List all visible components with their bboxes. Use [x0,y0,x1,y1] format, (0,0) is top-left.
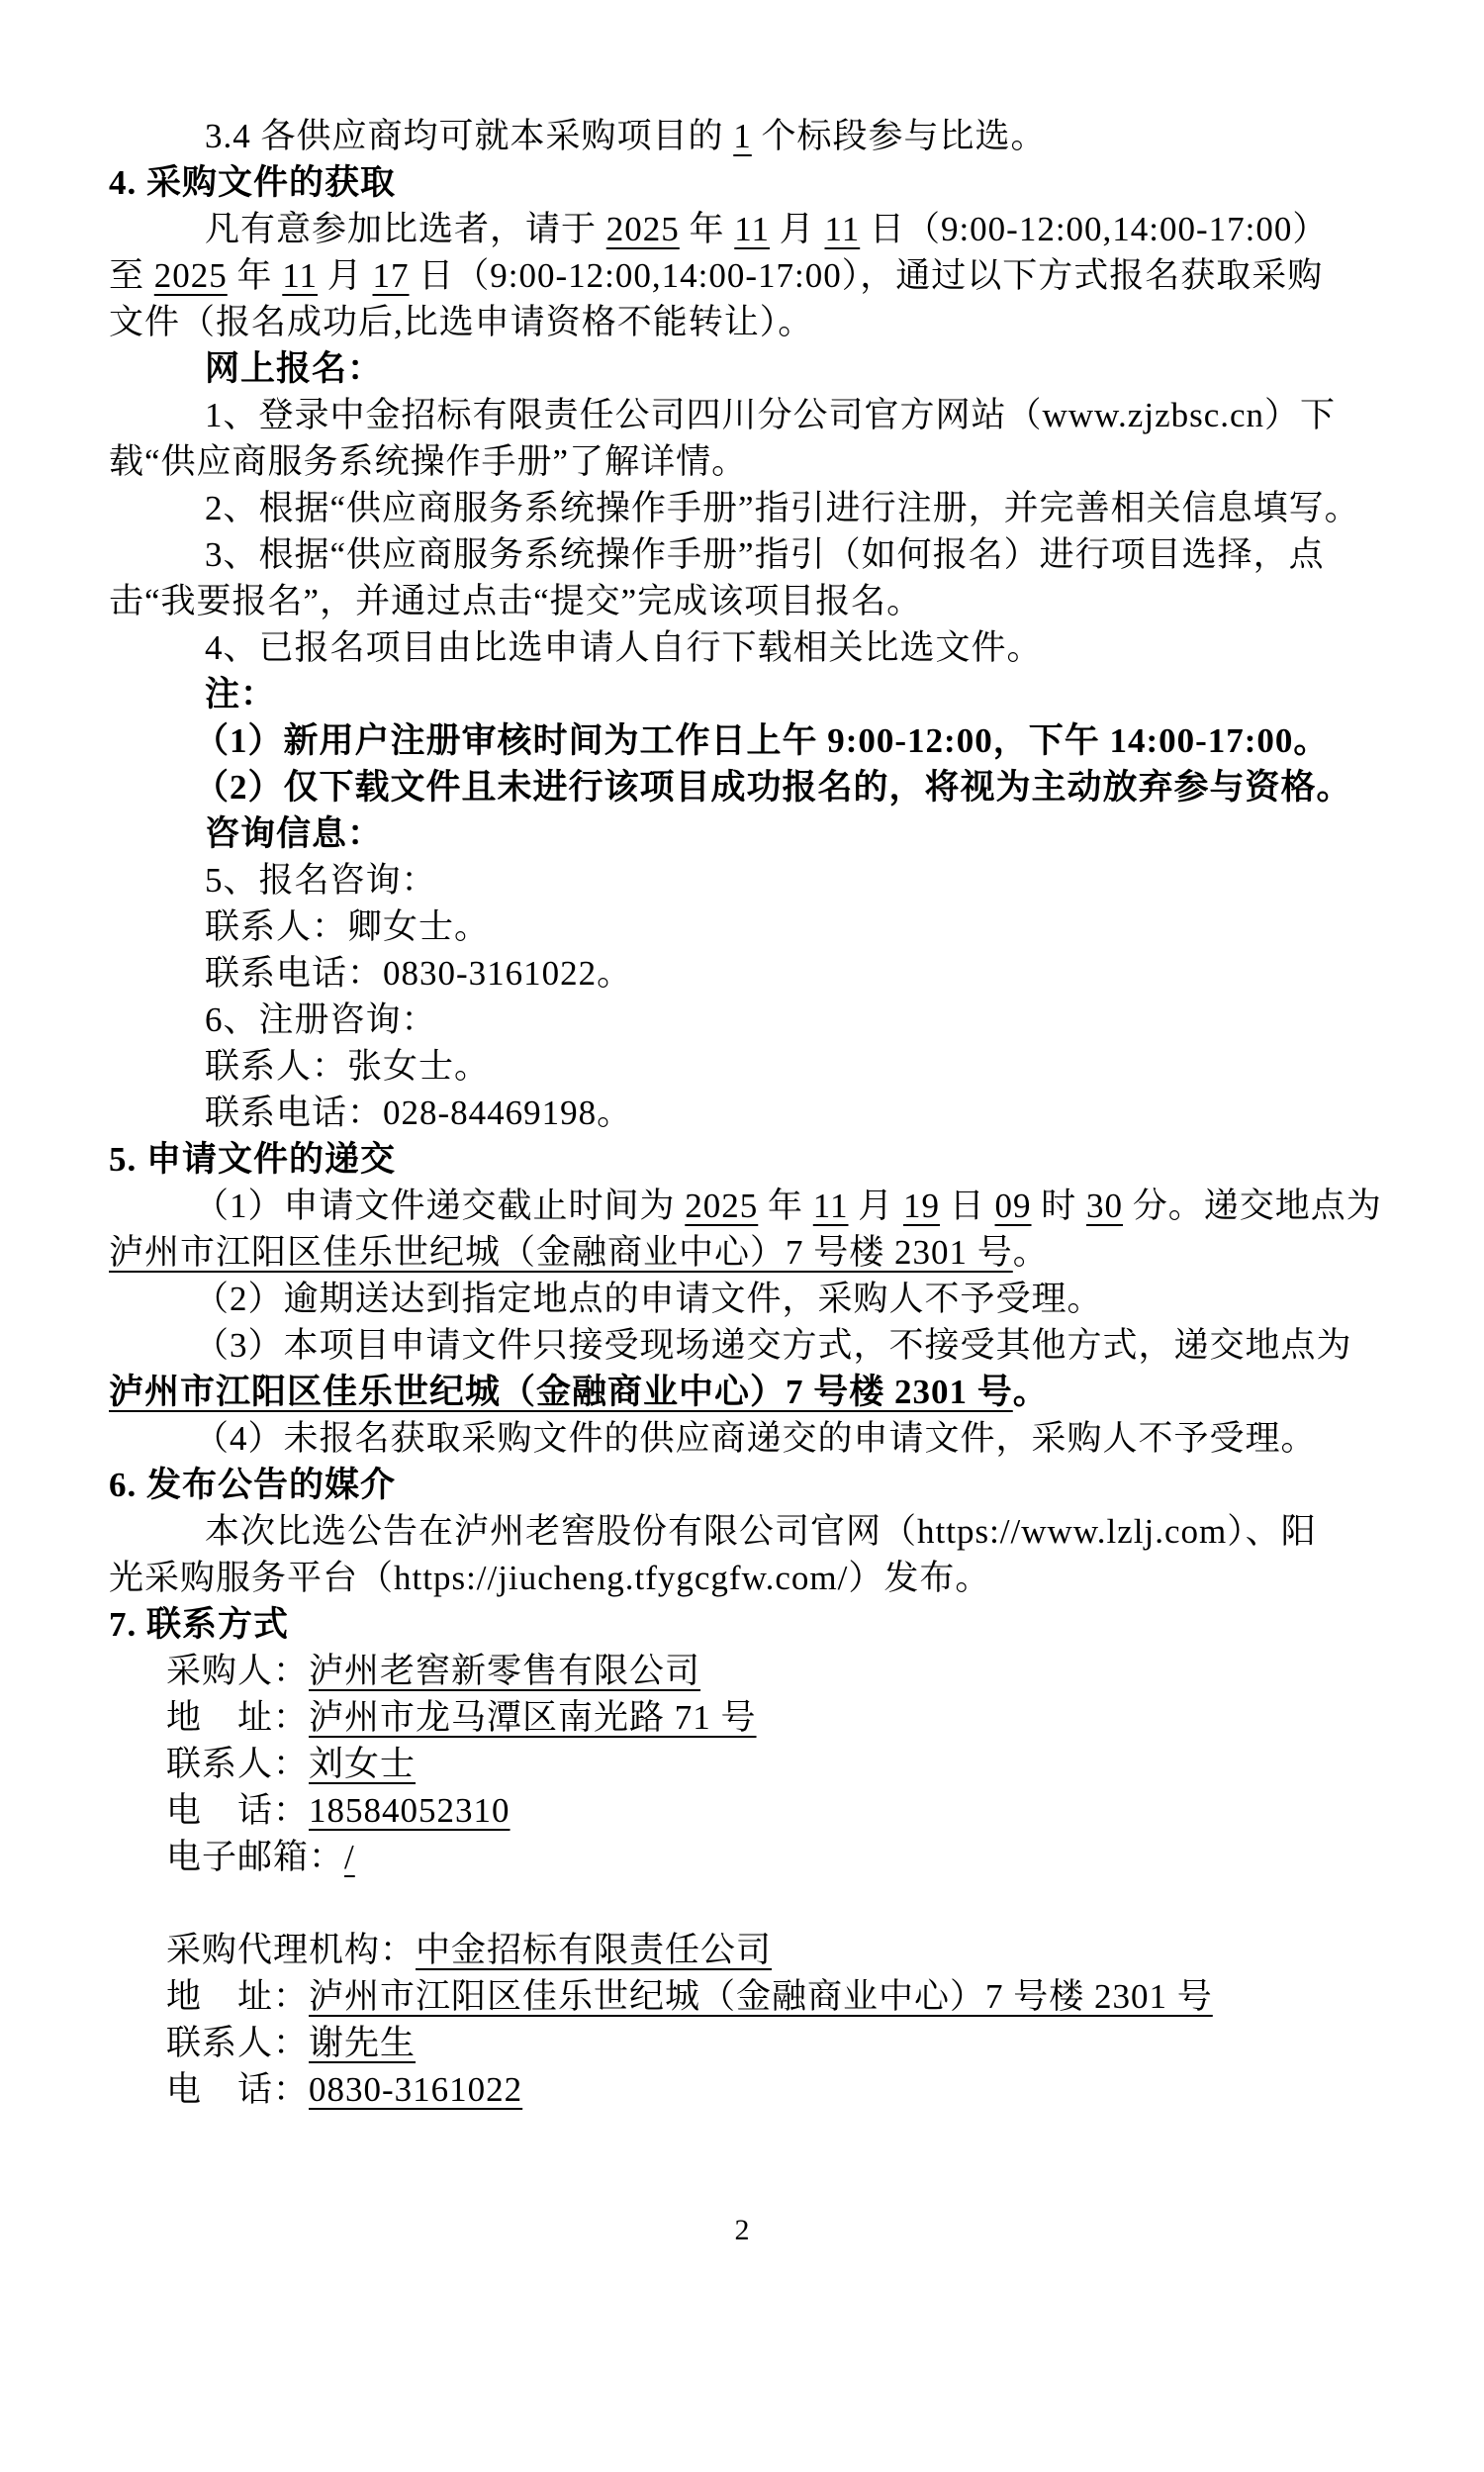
text-line: 1、登录中金招标有限责任公司四川分公司官方网站（www.zjzbsc.cn）下 [205,392,1336,438]
text-segment: 泸州老窖新零售有限公司 [309,1652,700,1690]
text-segment: 11 [825,210,861,248]
text-segment: 5. 申请文件的递交 [109,1140,396,1179]
text-segment: 1 [733,117,752,155]
text-segment: 2025 [685,1187,758,1225]
text-segment: 0830-3161022 [309,2070,522,2109]
text-segment: 日（9:00-12:00,14:00-17:00），通过以下方式报名获取采购 [410,256,1324,295]
text-segment: 泸州市江阳区佳乐世纪城（金融商业中心）7 号楼 2301 号 [309,1977,1213,2016]
text-line: 4、已报名项目由比选申请人自行下载相关比选文件。 [205,624,1043,671]
text-line: 5. 申请文件的递交 [109,1136,396,1183]
text-line: 6、注册咨询： [205,997,437,1043]
text-segment: 谢先生 [309,2024,416,2062]
text-segment: 光采购服务平台（https://jiucheng.tfygcgfw.com/）发… [109,1559,990,1597]
text-segment: （1）申请文件递交截止时间为 [194,1187,685,1225]
document-page: 3.4 各供应商均可就本采购项目的 1 个标段参与比选。4. 采购文件的获取凡有… [0,0,1484,2472]
text-line: 泸州市江阳区佳乐世纪城（金融商业中心）7 号楼 2301 号。 [109,1229,1049,1276]
text-segment: 电子邮箱： [166,1838,344,1876]
text-segment: 至 [109,256,154,295]
text-segment: 2025 [154,256,228,295]
text-segment: 地 址： [166,1698,309,1737]
text-line: 电 话：0830-3161022 [166,2066,522,2113]
page-number: 2 [0,2213,1484,2248]
text-segment: 注： [205,675,276,713]
text-segment: （3）本项目申请文件只接受现场递交方式，不接受其他方式，递交地点为 [194,1326,1352,1365]
text-segment: 1、登录中金招标有限责任公司四川分公司官方网站（www.zjzbsc.cn）下 [205,396,1336,434]
text-segment: （2）仅下载文件且未进行该项目成功报名的，将视为主动放弃参与资格。 [194,768,1352,807]
text-line: 2、根据“供应商服务系统操作手册”指引进行注册，并完善相关信息填写。 [205,485,1360,531]
text-line: 咨询信息： [205,810,383,857]
text-line: 本次比选公告在泸州老窖股份有限公司官网（https://www.lzlj.com… [205,1508,1317,1555]
text-segment: （4）未报名获取采购文件的供应商递交的申请文件，采购人不予受理。 [194,1419,1317,1458]
text-segment: 09 [995,1187,1032,1225]
text-segment: 分。递交地点为 [1123,1187,1382,1225]
text-segment: 采购人： [166,1652,309,1690]
text-segment: 月 [848,1187,903,1225]
text-segment: 11 [734,210,770,248]
text-segment: 凡有意参加比选者，请于 [205,210,606,248]
text-line: 6. 发布公告的媒介 [109,1462,396,1508]
text-segment: 3.4 各供应商均可就本采购项目的 [205,117,733,155]
text-line: 注： [205,671,276,717]
text-segment: 中金招标有限责任公司 [416,1931,772,1969]
text-segment: / [344,1838,355,1876]
text-segment: 联系人： [166,2024,309,2062]
text-line: （2）逾期送达到指定地点的申请文件，采购人不予受理。 [194,1276,1103,1322]
text-segment: （2）逾期送达到指定地点的申请文件，采购人不予受理。 [194,1280,1103,1318]
text-line: 联系人：谢先生 [166,2020,416,2066]
text-segment: 击“我要报名”，并通过点击“提交”完成该项目报名。 [109,582,922,620]
text-line: 光采购服务平台（https://jiucheng.tfygcgfw.com/）发… [109,1555,990,1601]
text-segment: 4、已报名项目由比选申请人自行下载相关比选文件。 [205,628,1043,667]
text-segment: 日（9:00-12:00,14:00-17:00） [860,210,1328,248]
text-segment: 6、注册咨询： [205,1000,437,1039]
text-line: 7. 联系方式 [109,1601,289,1648]
text-segment: 11 [282,256,318,295]
text-segment: 泸州市江阳区佳乐世纪城（金融商业中心）7 号楼 2301 号 [109,1373,1013,1411]
text-line: （4）未报名获取采购文件的供应商递交的申请文件，采购人不予受理。 [194,1415,1317,1462]
text-segment: （1）新用户注册审核时间为工作日上午 9:00-12:00，下午 14:00-1… [194,721,1329,760]
text-segment: 个标段参与比选。 [752,117,1047,155]
text-segment: 30 [1086,1187,1123,1225]
text-segment: 3、根据“供应商服务系统操作手册”指引（如何报名）进行项目选择，点 [205,535,1325,574]
text-segment: 地 址： [166,1977,309,2016]
text-segment: 咨询信息： [205,814,383,853]
text-segment: 17 [373,256,410,295]
text-segment: 电 话： [166,2070,309,2109]
text-segment: 19 [903,1187,940,1225]
text-segment: 文件（报名成功后,比选申请资格不能转让）。 [109,303,813,341]
text-segment: 4. 采购文件的获取 [109,163,396,202]
text-line: （1）申请文件递交截止时间为 2025 年 11 月 19 日 09 时 30 … [194,1183,1382,1229]
text-segment: 电 话： [166,1791,309,1830]
text-line: 电 话：18584052310 [166,1787,510,1834]
text-segment: 11 [813,1187,849,1225]
text-segment: 泸州市江阳区佳乐世纪城（金融商业中心）7 号楼 2301 号 [109,1233,1013,1272]
text-segment: 6. 发布公告的媒介 [109,1466,396,1504]
text-line: 3.4 各供应商均可就本采购项目的 1 个标段参与比选。 [205,113,1047,159]
text-segment: 时 [1032,1187,1087,1225]
text-segment: 。 [1013,1373,1049,1411]
text-line: （1）新用户注册审核时间为工作日上午 9:00-12:00，下午 14:00-1… [194,717,1329,764]
text-line: 联系电话：028-84469198。 [205,1090,632,1136]
text-line: （2）仅下载文件且未进行该项目成功报名的，将视为主动放弃参与资格。 [194,764,1352,810]
text-line: 泸州市江阳区佳乐世纪城（金融商业中心）7 号楼 2301 号。 [109,1369,1049,1415]
text-segment: 采购代理机构： [166,1931,416,1969]
text-line: 凡有意参加比选者，请于 2025 年 11 月 11 日（9:00-12:00,… [205,206,1328,252]
text-line: 联系人：刘女士 [166,1741,416,1787]
text-line: （3）本项目申请文件只接受现场递交方式，不接受其他方式，递交地点为 [194,1322,1352,1369]
text-line: 网上报名： [205,345,383,392]
text-line: 3、根据“供应商服务系统操作手册”指引（如何报名）进行项目选择，点 [205,531,1325,578]
text-segment: 联系人： [166,1745,309,1783]
text-line: 采购人：泸州老窖新零售有限公司 [166,1648,700,1694]
text-segment: 刘女士 [309,1745,416,1783]
text-line: 电子邮箱：/ [166,1834,355,1880]
text-segment: 日 [940,1187,995,1225]
text-line: 联系人：卿女士。 [205,903,490,950]
text-line: 载“供应商服务系统操作手册”了解详情。 [109,438,747,485]
text-line: 采购代理机构：中金招标有限责任公司 [166,1927,772,1973]
text-segment: 年 [680,210,735,248]
text-segment: 2、根据“供应商服务系统操作手册”指引进行注册，并完善相关信息填写。 [205,489,1360,527]
text-segment: 联系人：张女士。 [205,1047,490,1086]
text-line: 地 址：泸州市龙马潭区南光路 71 号 [166,1694,757,1741]
text-segment: 年 [758,1187,813,1225]
text-segment: 泸州市龙马潭区南光路 71 号 [309,1698,757,1737]
text-segment: 年 [228,256,283,295]
text-segment: 载“供应商服务系统操作手册”了解详情。 [109,442,747,481]
text-segment: 网上报名： [205,349,383,388]
text-line: 击“我要报名”，并通过点击“提交”完成该项目报名。 [109,578,922,624]
text-line: 文件（报名成功后,比选申请资格不能转让）。 [109,299,813,345]
text-line: 联系人：张女士。 [205,1043,490,1090]
text-line: 联系电话：0830-3161022。 [205,950,632,997]
text-line: 4. 采购文件的获取 [109,159,396,206]
text-line: 5、报名咨询： [205,857,437,903]
text-segment: 2025 [606,210,680,248]
text-segment: 5、报名咨询： [205,861,437,900]
text-segment: 月 [770,210,825,248]
text-segment: 联系电话：028-84469198。 [205,1093,632,1132]
text-segment: 本次比选公告在泸州老窖股份有限公司官网（https://www.lzlj.com… [205,1512,1317,1551]
text-line: 地 址：泸州市江阳区佳乐世纪城（金融商业中心）7 号楼 2301 号 [166,1973,1213,2020]
text-segment: 联系人：卿女士。 [205,907,490,946]
text-segment: 7. 联系方式 [109,1605,289,1644]
text-line: 至 2025 年 11 月 17 日（9:00-12:00,14:00-17:0… [109,252,1323,299]
text-segment: 18584052310 [309,1791,510,1830]
text-segment: 。 [1013,1233,1049,1272]
text-segment: 月 [318,256,373,295]
text-segment: 联系电话：0830-3161022。 [205,954,632,993]
